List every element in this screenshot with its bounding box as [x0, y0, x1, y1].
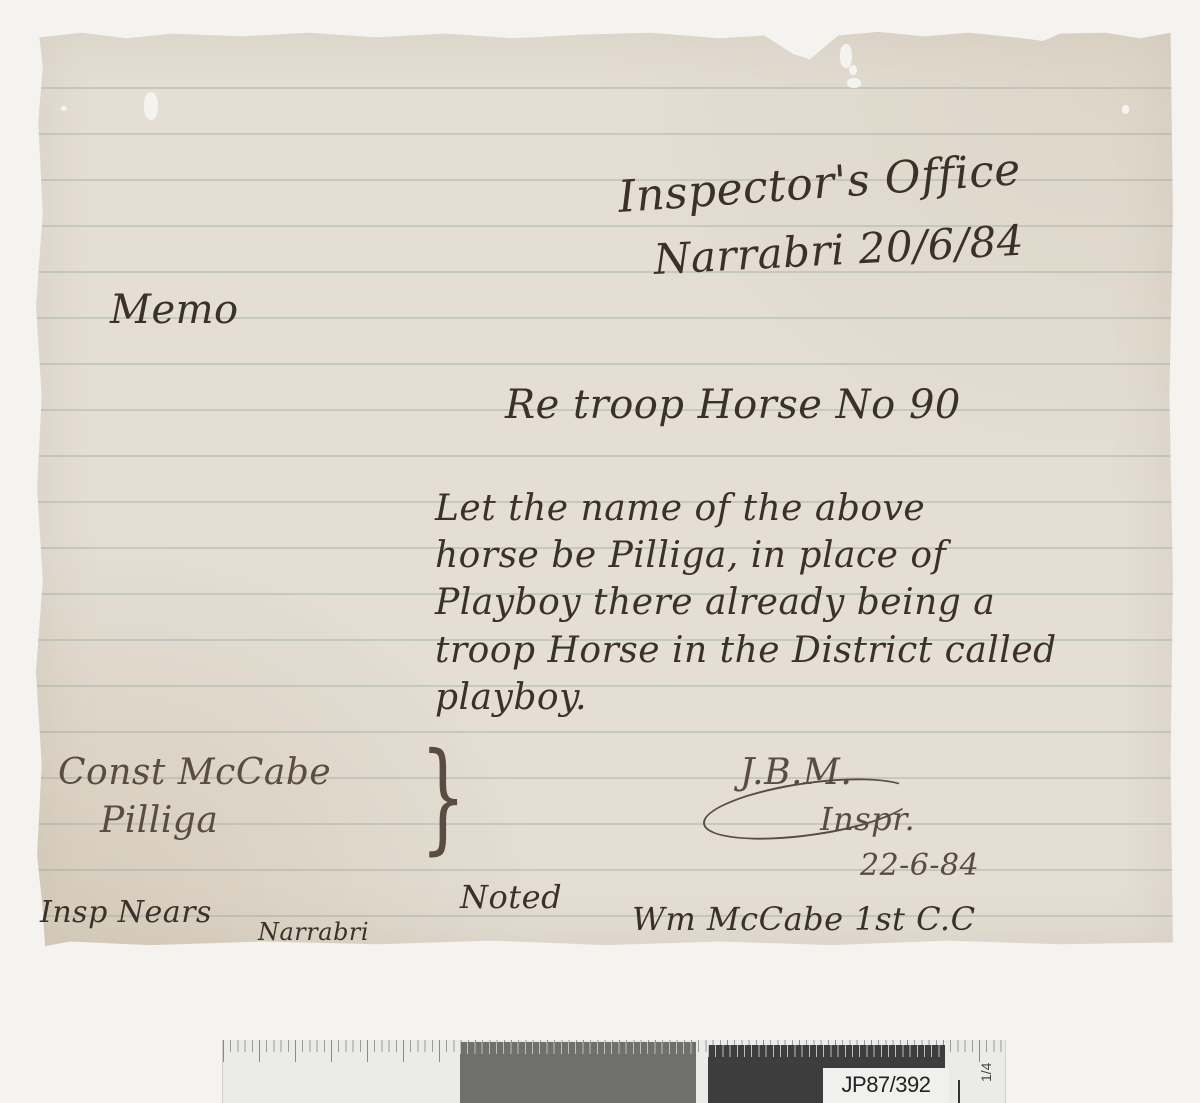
memo-subject: Re troop Horse No 90	[505, 382, 961, 428]
footer-recipient: Insp Nears	[40, 895, 212, 930]
ruler-side-mark: 1/4	[978, 1063, 994, 1082]
brace-flourish-icon: }	[420, 738, 466, 858]
noted-label: Noted	[460, 878, 562, 916]
memo-label: Memo	[110, 287, 239, 333]
noted-signature: Wm McCabe 1st C.C	[632, 900, 976, 938]
body-line: troop Horse in the District called	[435, 630, 1057, 671]
paper-hole	[61, 106, 67, 111]
addressee-name: Const McCabe	[58, 752, 331, 793]
signature-date: 22-6-84	[860, 848, 979, 883]
paper-hole	[849, 65, 857, 75]
body-line: Let the name of the above	[435, 488, 925, 529]
paper-hole	[144, 92, 158, 120]
body-line: Playboy there already being a	[435, 582, 995, 623]
footer-place: Narrabri	[258, 918, 369, 946]
body-line: horse be Pilliga, in place of	[435, 535, 946, 576]
signature-title: Inspr.	[820, 800, 915, 838]
grey-scale-patch	[460, 1042, 696, 1103]
ruler-divider	[958, 1080, 960, 1103]
body-line: playboy.	[435, 677, 587, 718]
paper-hole	[1122, 105, 1129, 114]
addressee-place: Pilliga	[100, 800, 218, 841]
paper-hole	[847, 78, 861, 88]
signature-initials: J.B.M.	[740, 752, 852, 793]
scale-ruler: JP87/392 1/4	[222, 1040, 1006, 1103]
accession-number-label: JP87/392	[823, 1068, 949, 1103]
ruler-minor-ticks	[460, 1042, 696, 1064]
ruler-minor-ticks	[708, 1045, 945, 1067]
